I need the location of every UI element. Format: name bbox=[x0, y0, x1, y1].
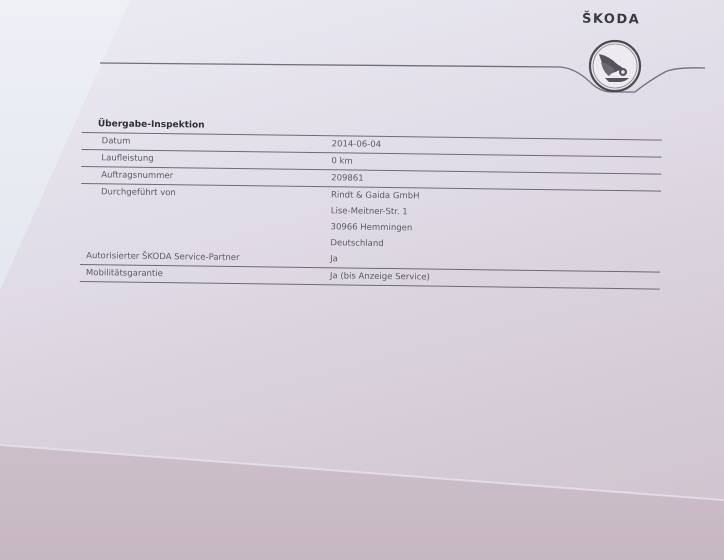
row-label: Auftragsnummer bbox=[81, 167, 331, 186]
row-label: Laufleistung bbox=[81, 150, 331, 169]
inspection-table: Übergabe-Inspektion Datum 2014-06-04 Lau… bbox=[80, 116, 662, 290]
brand-name: ŠKODA bbox=[582, 12, 640, 28]
skoda-logo-icon bbox=[587, 38, 643, 94]
row-label: Mobilitätsgarantie bbox=[80, 265, 330, 284]
row-label: Datum bbox=[82, 133, 332, 152]
row-label: Autorisierter ŠKODA Service-Partner bbox=[80, 248, 330, 267]
